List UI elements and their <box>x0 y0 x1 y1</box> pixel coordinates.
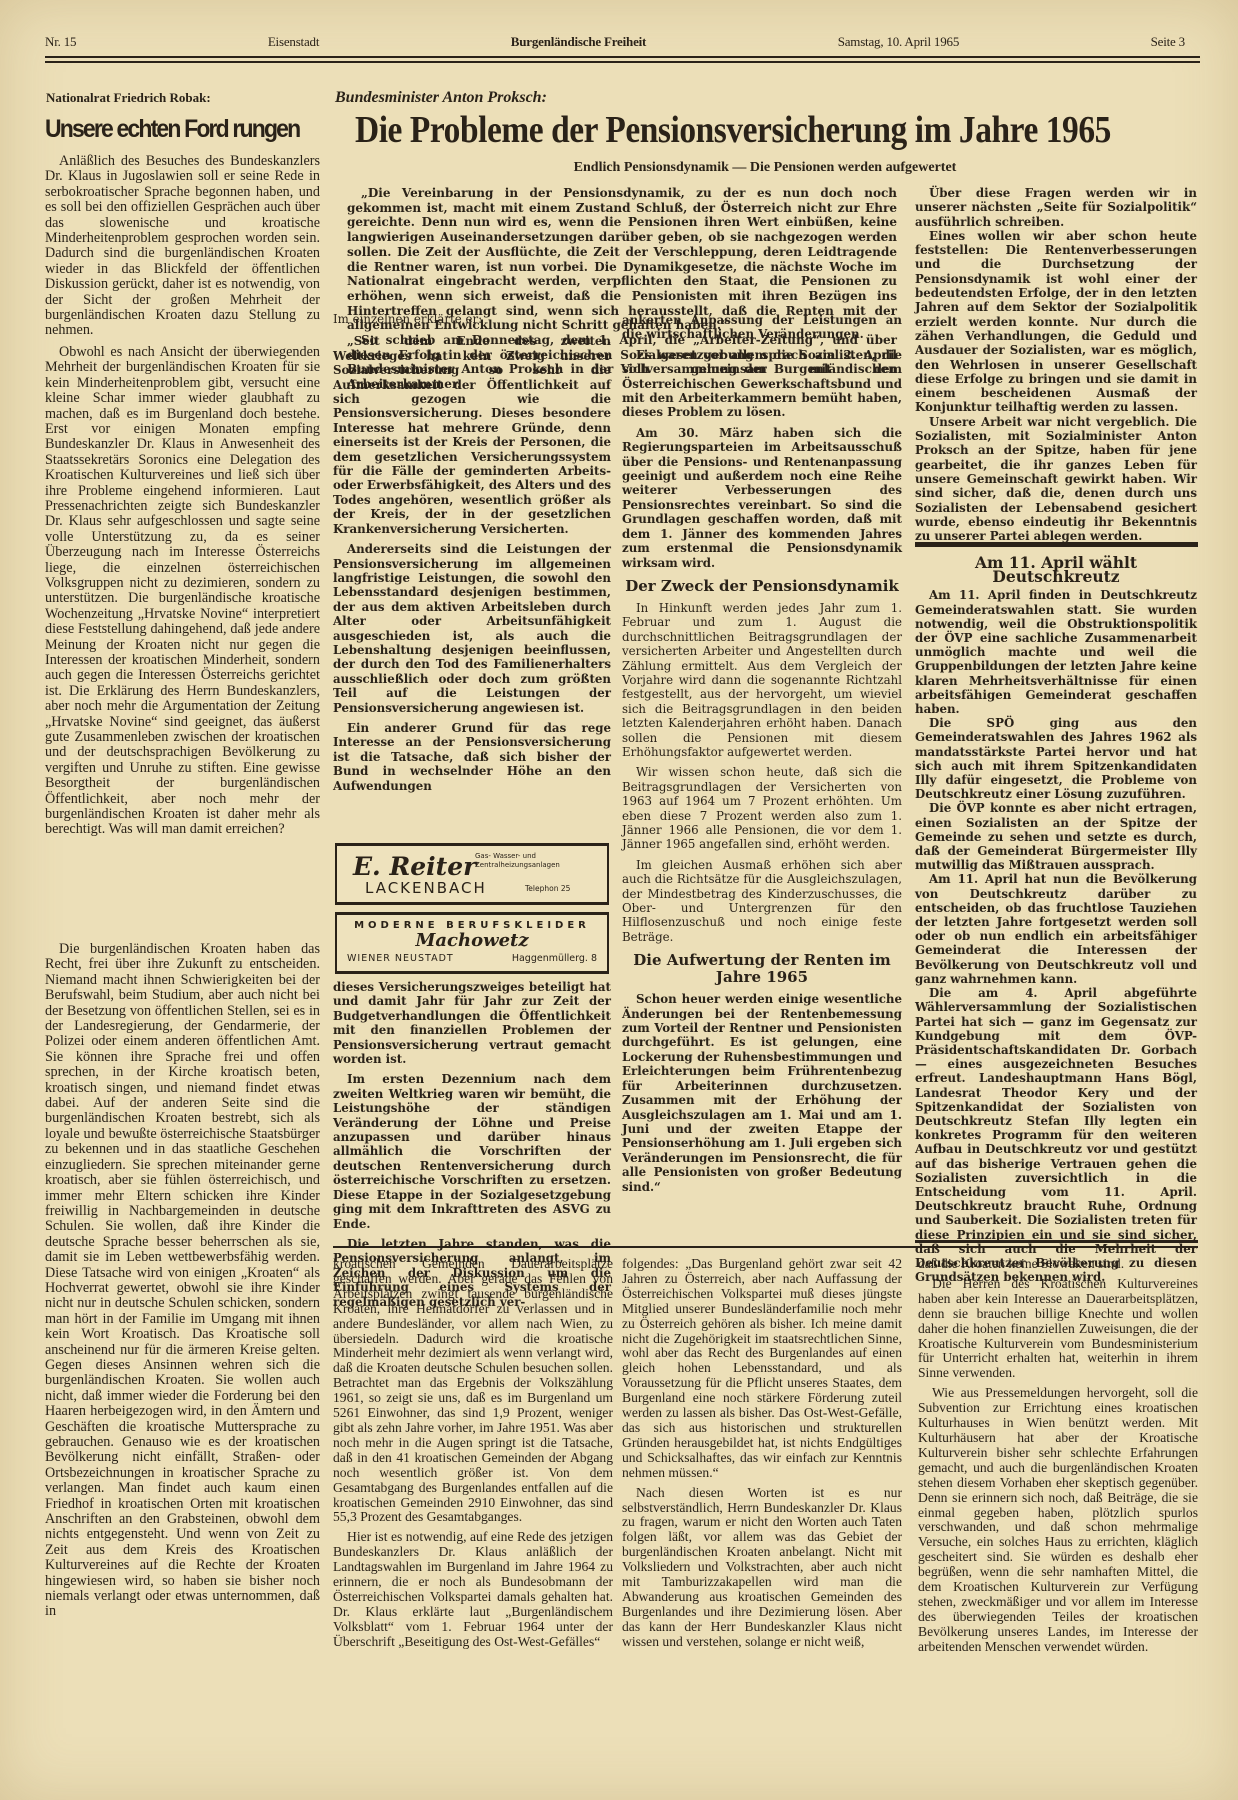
paragraph: Die burgenländischen Kroaten haben das R… <box>45 942 320 1620</box>
paragraph: Wie aus Pressemeldungen hervorgeht, soll… <box>918 1386 1198 1654</box>
paragraph: Unsere Arbeit war nicht vergeblich. Die … <box>915 415 1197 544</box>
page-number: Seite 3 <box>1151 34 1185 50</box>
paragraph: Eines wollen wir aber schon heute festst… <box>915 229 1197 415</box>
main-article-column-3: Über diese Fragen werden wir in unserer … <box>915 186 1197 543</box>
paragraph: Am 11. April finden in Deutschkreutz Gem… <box>915 588 1197 716</box>
left-article-continuation-col-4: daß die Kroaten keine Slowaken sind. Die… <box>918 1257 1198 1660</box>
side-article-headline: Am 11. April wählt Deutschkreutz <box>915 556 1197 584</box>
paragraph: Die Herren des Kroatischen Kulturvereine… <box>918 1277 1198 1381</box>
paragraph: Nach diesen Worten ist es nur selbstvers… <box>622 1486 902 1650</box>
paragraph: Über diese Fragen werden wir in unserer … <box>915 186 1197 229</box>
paragraph: Ein anderer Grund für das rege Interesse… <box>333 721 611 793</box>
paper-name: Burgenländische Freiheit <box>511 34 646 50</box>
side-article-deutschkreutz: Am 11. April wählt Deutschkreutz Am 11. … <box>915 556 1197 1284</box>
paragraph: Schon heuer werden einige wesentliche Än… <box>622 992 902 1194</box>
left-article-headline: Unsere echten Ford rungen <box>45 115 303 144</box>
left-article-column-top: Anläßlich des Besuches des Bundeskanzler… <box>45 154 320 844</box>
paragraph: Im ersten Dezennium nach dem zweiten Wel… <box>333 1072 611 1230</box>
issue-number: Nr. 15 <box>45 34 76 50</box>
paragraph: Es waren vor allem die Sozialisten, die … <box>622 348 902 420</box>
left-article-column-bottom: Die burgenländischen Kroaten haben das R… <box>45 942 320 1626</box>
paragraph: In Hinkunft werden jedes Jahr zum 1. Feb… <box>622 601 902 759</box>
section-heading-pension-revaluation: Die Aufwertung der Renten im Jahre 1965 <box>622 952 902 986</box>
section-divider <box>915 542 1198 547</box>
paragraph: Obwohl es nach Ansicht der überwiegenden… <box>45 345 320 838</box>
advertisement-machowetz: MODERNE BERUFSKLEIDER Machowetz WIENER N… <box>335 912 609 974</box>
paragraph: Die ÖVP konnte es aber nicht ertragen, e… <box>915 801 1197 872</box>
advertisement-reiter: E. Reiter Gas- Wasser- und Zentralheizun… <box>335 843 609 905</box>
paragraph: „Seit dem Ende des zweiten Weltkrieges h… <box>333 334 611 536</box>
paragraph: Am 30. März haben sich die Regierungspar… <box>622 426 902 570</box>
paragraph: „Die Vereinbarung in der Pensionsdynamik… <box>347 186 897 333</box>
ad-address: Haggenmüllerg. 8 <box>512 953 597 964</box>
paragraph: Anläßlich des Besuches des Bundeskanzler… <box>45 154 320 339</box>
section-divider <box>333 1246 1198 1248</box>
section-heading-pension-dynamics: Der Zweck der Pensionsdynamik <box>622 578 902 595</box>
left-article-kicker: Nationalrat Friedrich Robak: <box>46 90 286 106</box>
paragraph: Im gleichen Ausmaß erhöhen sich aber auc… <box>622 858 902 944</box>
paragraph: ankerten Anpassung der Leistungen an die… <box>622 313 902 342</box>
ad-services: Gas- Wasser- und Zentralheizungsanlagen <box>475 852 605 870</box>
ad-name: Machowetz <box>337 930 607 951</box>
section-divider <box>915 1240 1198 1243</box>
masthead-rule <box>45 56 1200 63</box>
paragraph: daß die Kroaten keine Slowaken sind. <box>918 1257 1198 1272</box>
main-article-column-1: Im einzelnen erklärte er: „Seit dem Ende… <box>333 312 611 799</box>
paragraph: kroatischen Gemeinden Dauerarbeitsplätze… <box>333 1257 613 1525</box>
paragraph: dieses Versicherungszweiges beteiligt ha… <box>333 980 611 1066</box>
paragraph: Die SPÖ ging aus den Gemeinderatswahlen … <box>915 716 1197 801</box>
ad-town: LACKENBACH <box>365 879 487 897</box>
main-article-headline: Die Probleme der Pensionsversicherung im… <box>355 108 1094 152</box>
main-article-column-2: ankerten Anpassung der Leistungen an die… <box>622 313 902 1200</box>
ad-city: WIENER NEUSTADT <box>347 953 454 964</box>
date: Samstag, 10. April 1965 <box>838 34 959 50</box>
place: Eisenstadt <box>268 34 319 50</box>
left-article-continuation-col-3: folgendes: „Das Burgenland gehört zwar s… <box>622 1257 902 1655</box>
ad-name: E. Reiter <box>353 852 476 881</box>
paragraph: Andererseits sind die Leistungen der Pen… <box>333 542 611 715</box>
paragraph: Hier ist es notwendig, auf eine Rede des… <box>333 1530 613 1649</box>
intro-line: Im einzelnen erklärte er: <box>333 312 611 326</box>
ad-phone: Telephon 25 <box>525 884 570 893</box>
paragraph: folgendes: „Das Burgenland gehört zwar s… <box>622 1257 902 1481</box>
main-article-subhead: Endlich Pensionsdynamik — Die Pensionen … <box>335 160 1195 176</box>
newspaper-page: Nr. 15 Eisenstadt Burgenländische Freihe… <box>0 0 1238 1800</box>
paragraph: Wir wissen schon heute, daß sich die Bei… <box>622 765 902 851</box>
main-article-kicker: Bundesminister Anton Proksch: <box>335 89 547 107</box>
left-article-continuation-col-2: kroatischen Gemeinden Dauerarbeitsplätze… <box>333 1257 613 1655</box>
masthead: Nr. 15 Eisenstadt Burgenländische Freihe… <box>45 34 1185 50</box>
paragraph: Am 11. April hat nun die Bevölkerung von… <box>915 872 1197 986</box>
